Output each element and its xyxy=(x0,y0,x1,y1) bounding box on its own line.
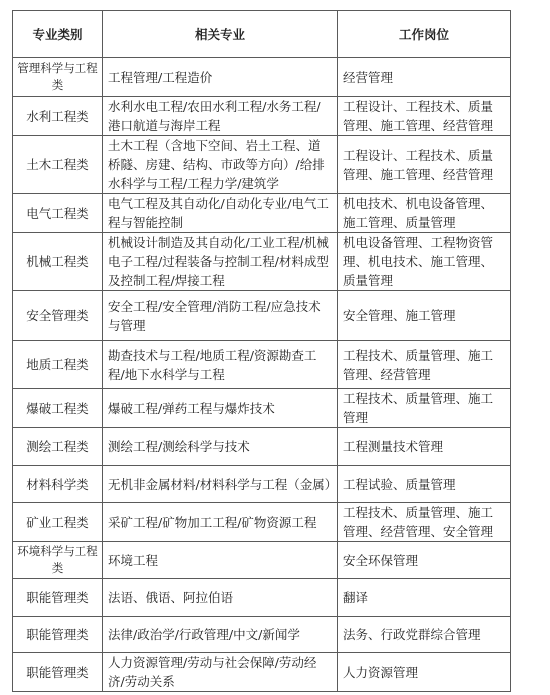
cell-majors: 采矿工程/矿物加工工程/矿物资源工程 xyxy=(103,503,338,542)
header-jobs: 工作岗位 xyxy=(338,11,511,58)
cell-majors: 安全工程/安全管理/消防工程/应急技术与管理 xyxy=(103,291,338,341)
cell-majors: 工程管理/工程造价 xyxy=(103,58,338,97)
cell-category: 地质工程类 xyxy=(13,341,103,389)
cell-category: 职能管理类 xyxy=(13,617,103,653)
cell-category: 材料科学类 xyxy=(13,466,103,503)
table-row: 管理科学与工程类工程管理/工程造价经营管理 xyxy=(13,58,511,97)
header-row: 专业类别 相关专业 工作岗位 xyxy=(13,11,511,58)
table-row: 地质工程类勘查技术与工程/地质工程/资源勘查工程/地下水科学与工程工程技术、质量… xyxy=(13,341,511,389)
table-row: 环境科学与工程类环境工程安全环保管理 xyxy=(13,542,511,579)
cell-majors: 勘查技术与工程/地质工程/资源勘查工程/地下水科学与工程 xyxy=(103,341,338,389)
cell-jobs: 工程技术、质量管理、施工管理、经营管理 xyxy=(338,341,511,389)
cell-jobs: 机电技术、机电设备管理、施工管理、质量管理 xyxy=(338,194,511,233)
table-row: 职能管理类人力资源管理/劳动与社会保障/劳动经济/劳动关系人力资源管理 xyxy=(13,653,511,692)
header-majors: 相关专业 xyxy=(103,11,338,58)
cell-majors: 法语、俄语、阿拉伯语 xyxy=(103,579,338,617)
table-row: 爆破工程类爆破工程/弹药工程与爆炸技术工程技术、质量管理、施工管理 xyxy=(13,389,511,428)
table-row: 机械工程类机械设计制造及其自动化/工业工程/机械电子工程/过程装备与控制工程/材… xyxy=(13,233,511,291)
cell-majors: 环境工程 xyxy=(103,542,338,579)
cell-jobs: 工程测量技术管理 xyxy=(338,428,511,466)
table-row: 矿业工程类采矿工程/矿物加工工程/矿物资源工程工程技术、质量管理、施工管理、经营… xyxy=(13,503,511,542)
cell-category: 爆破工程类 xyxy=(13,389,103,428)
table-row: 电气工程类电气工程及其自动化/自动化专业/电气工程与智能控制机电技术、机电设备管… xyxy=(13,194,511,233)
table-row: 安全管理类安全工程/安全管理/消防工程/应急技术与管理安全管理、施工管理 xyxy=(13,291,511,341)
table-row: 水利工程类水利水电工程/农田水利工程/水务工程/港口航道与海岸工程工程设计、工程… xyxy=(13,97,511,136)
table-row: 土木工程类土木工程（含地下空间、岩土工程、道桥隧、房建、结构、市政等方向）/给排… xyxy=(13,136,511,194)
cell-jobs: 安全环保管理 xyxy=(338,542,511,579)
cell-category: 测绘工程类 xyxy=(13,428,103,466)
table-row: 职能管理类法语、俄语、阿拉伯语翻译 xyxy=(13,579,511,617)
cell-jobs: 翻译 xyxy=(338,579,511,617)
cell-category: 职能管理类 xyxy=(13,653,103,692)
cell-majors: 测绘工程/测绘科学与技术 xyxy=(103,428,338,466)
cell-category: 水利工程类 xyxy=(13,97,103,136)
cell-jobs: 人力资源管理 xyxy=(338,653,511,692)
cell-majors: 水利水电工程/农田水利工程/水务工程/港口航道与海岸工程 xyxy=(103,97,338,136)
cell-majors: 电气工程及其自动化/自动化专业/电气工程与智能控制 xyxy=(103,194,338,233)
cell-majors: 法律/政治学/行政管理/中文/新闻学 xyxy=(103,617,338,653)
cell-category: 安全管理类 xyxy=(13,291,103,341)
cell-jobs: 经营管理 xyxy=(338,58,511,97)
cell-majors: 人力资源管理/劳动与社会保障/劳动经济/劳动关系 xyxy=(103,653,338,692)
cell-jobs: 工程技术、质量管理、施工管理 xyxy=(338,389,511,428)
cell-jobs: 工程设计、工程技术、质量管理、施工管理、经营管理 xyxy=(338,97,511,136)
cell-category: 管理科学与工程类 xyxy=(13,58,103,97)
cell-category: 矿业工程类 xyxy=(13,503,103,542)
cell-jobs: 机电设备管理、工程物资管理、机电技术、施工管理、质量管理 xyxy=(338,233,511,291)
header-category: 专业类别 xyxy=(13,11,103,58)
cell-jobs: 工程试验、质量管理 xyxy=(338,466,511,503)
table-row: 职能管理类法律/政治学/行政管理/中文/新闻学法务、行政党群综合管理 xyxy=(13,617,511,653)
cell-majors: 无机非金属材料/材料科学与工程（金属） xyxy=(103,466,338,503)
cell-majors: 土木工程（含地下空间、岩土工程、道桥隧、房建、结构、市政等方向）/给排水科学与工… xyxy=(103,136,338,194)
cell-category: 机械工程类 xyxy=(13,233,103,291)
cell-category: 土木工程类 xyxy=(13,136,103,194)
cell-category: 电气工程类 xyxy=(13,194,103,233)
table-row: 测绘工程类测绘工程/测绘科学与技术工程测量技术管理 xyxy=(13,428,511,466)
cell-jobs: 法务、行政党群综合管理 xyxy=(338,617,511,653)
cell-jobs: 安全管理、施工管理 xyxy=(338,291,511,341)
majors-jobs-table: 专业类别 相关专业 工作岗位 管理科学与工程类工程管理/工程造价经营管理水利工程… xyxy=(12,10,511,692)
cell-jobs: 工程技术、质量管理、施工管理、经营管理、安全管理 xyxy=(338,503,511,542)
cell-majors: 爆破工程/弹药工程与爆炸技术 xyxy=(103,389,338,428)
cell-majors: 机械设计制造及其自动化/工业工程/机械电子工程/过程装备与控制工程/材料成型及控… xyxy=(103,233,338,291)
table-row: 材料科学类无机非金属材料/材料科学与工程（金属）工程试验、质量管理 xyxy=(13,466,511,503)
cell-jobs: 工程设计、工程技术、质量管理、施工管理、经营管理 xyxy=(338,136,511,194)
cell-category: 职能管理类 xyxy=(13,579,103,617)
cell-category: 环境科学与工程类 xyxy=(13,542,103,579)
